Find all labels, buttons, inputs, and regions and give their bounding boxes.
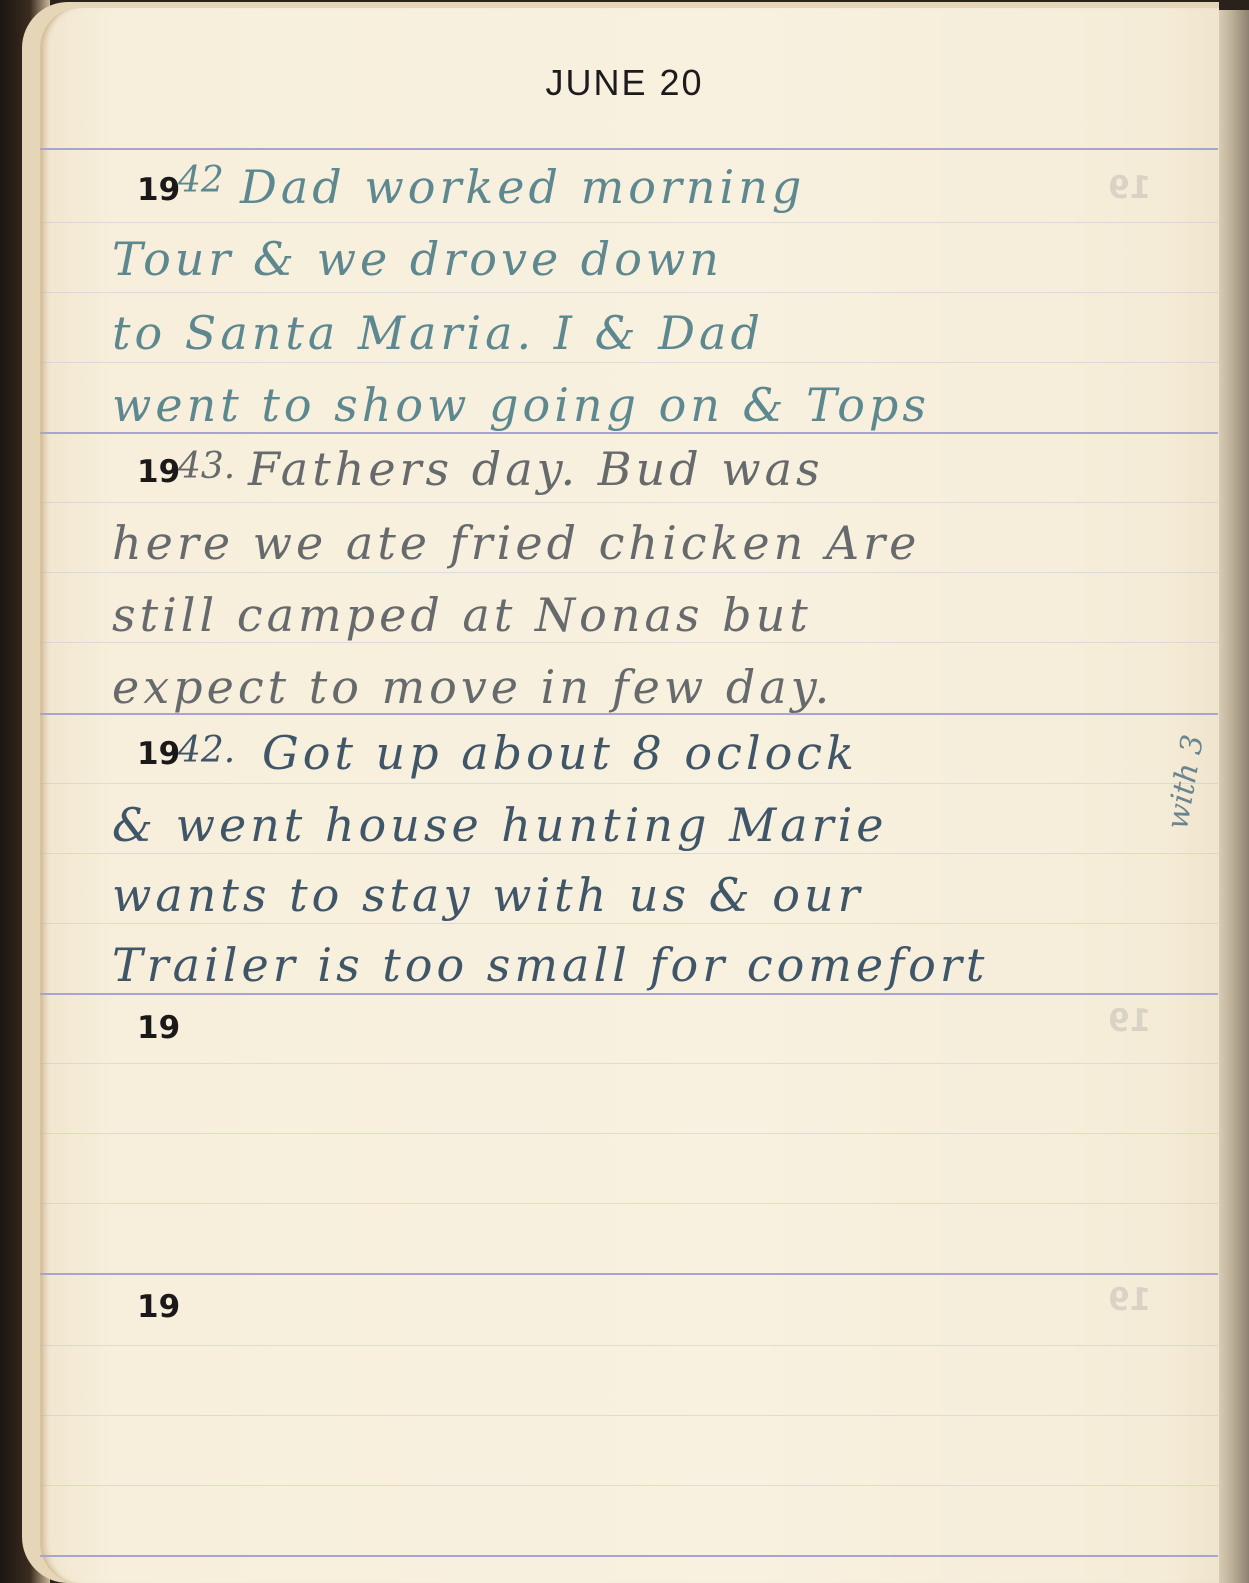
- entry-line: Fathers day. Bud was: [248, 442, 824, 496]
- section-rule: [40, 993, 1218, 995]
- bleed-through-year: 19: [1108, 1282, 1151, 1318]
- writing-line: [40, 292, 1218, 293]
- entry-line: wants to stay with us & our: [112, 868, 864, 922]
- entry-line: here we ate fried chicken Are: [112, 516, 920, 570]
- writing-line: [40, 1415, 1218, 1416]
- page-date-heading: JUNE 20: [0, 62, 1249, 104]
- section-rule: [40, 432, 1218, 434]
- entry-line: Got up about 8 oclock: [262, 726, 858, 780]
- writing-line: [40, 783, 1218, 784]
- writing-line: [40, 1203, 1218, 1204]
- handwritten-year: 43.: [178, 446, 235, 487]
- entry-line: to Santa Maria. I & Dad: [112, 306, 764, 360]
- writing-line: [40, 853, 1218, 854]
- handwritten-year: 42.: [178, 730, 235, 771]
- writing-line: [40, 572, 1218, 573]
- writing-line: [40, 222, 1218, 223]
- writing-line: [40, 1345, 1218, 1346]
- entry-line: expect to move in few day.: [112, 660, 833, 714]
- entry-line: Tour & we drove down: [112, 232, 723, 286]
- page-gutter: [1219, 0, 1249, 1583]
- entry-line: & went house hunting Marie: [112, 798, 888, 852]
- printed-year: 19: [137, 1010, 180, 1046]
- writing-line: [40, 1485, 1218, 1486]
- bleed-through-year: 19: [1108, 170, 1151, 206]
- printed-year: 19: [137, 454, 180, 490]
- writing-line: [40, 923, 1218, 924]
- section-rule: [40, 1555, 1218, 1557]
- entry-line: went to show going on & Tops: [112, 378, 930, 432]
- printed-year: 19: [137, 736, 180, 772]
- entry-line: still camped at Nonas but: [112, 588, 812, 642]
- bleed-through-year: 19: [1108, 1003, 1151, 1039]
- writing-line: [40, 362, 1218, 363]
- writing-line: [40, 1133, 1218, 1134]
- writing-line: [40, 502, 1218, 503]
- printed-year: 19: [137, 172, 180, 208]
- writing-line: [40, 1063, 1218, 1064]
- printed-year: 19: [137, 1289, 180, 1325]
- section-rule: [40, 148, 1218, 150]
- section-rule: [40, 1273, 1218, 1275]
- writing-line: [40, 642, 1218, 643]
- entry-line: Trailer is too small for comefort: [112, 938, 988, 992]
- entry-line: Dad worked morning: [240, 160, 805, 214]
- handwritten-year: 42: [178, 160, 224, 201]
